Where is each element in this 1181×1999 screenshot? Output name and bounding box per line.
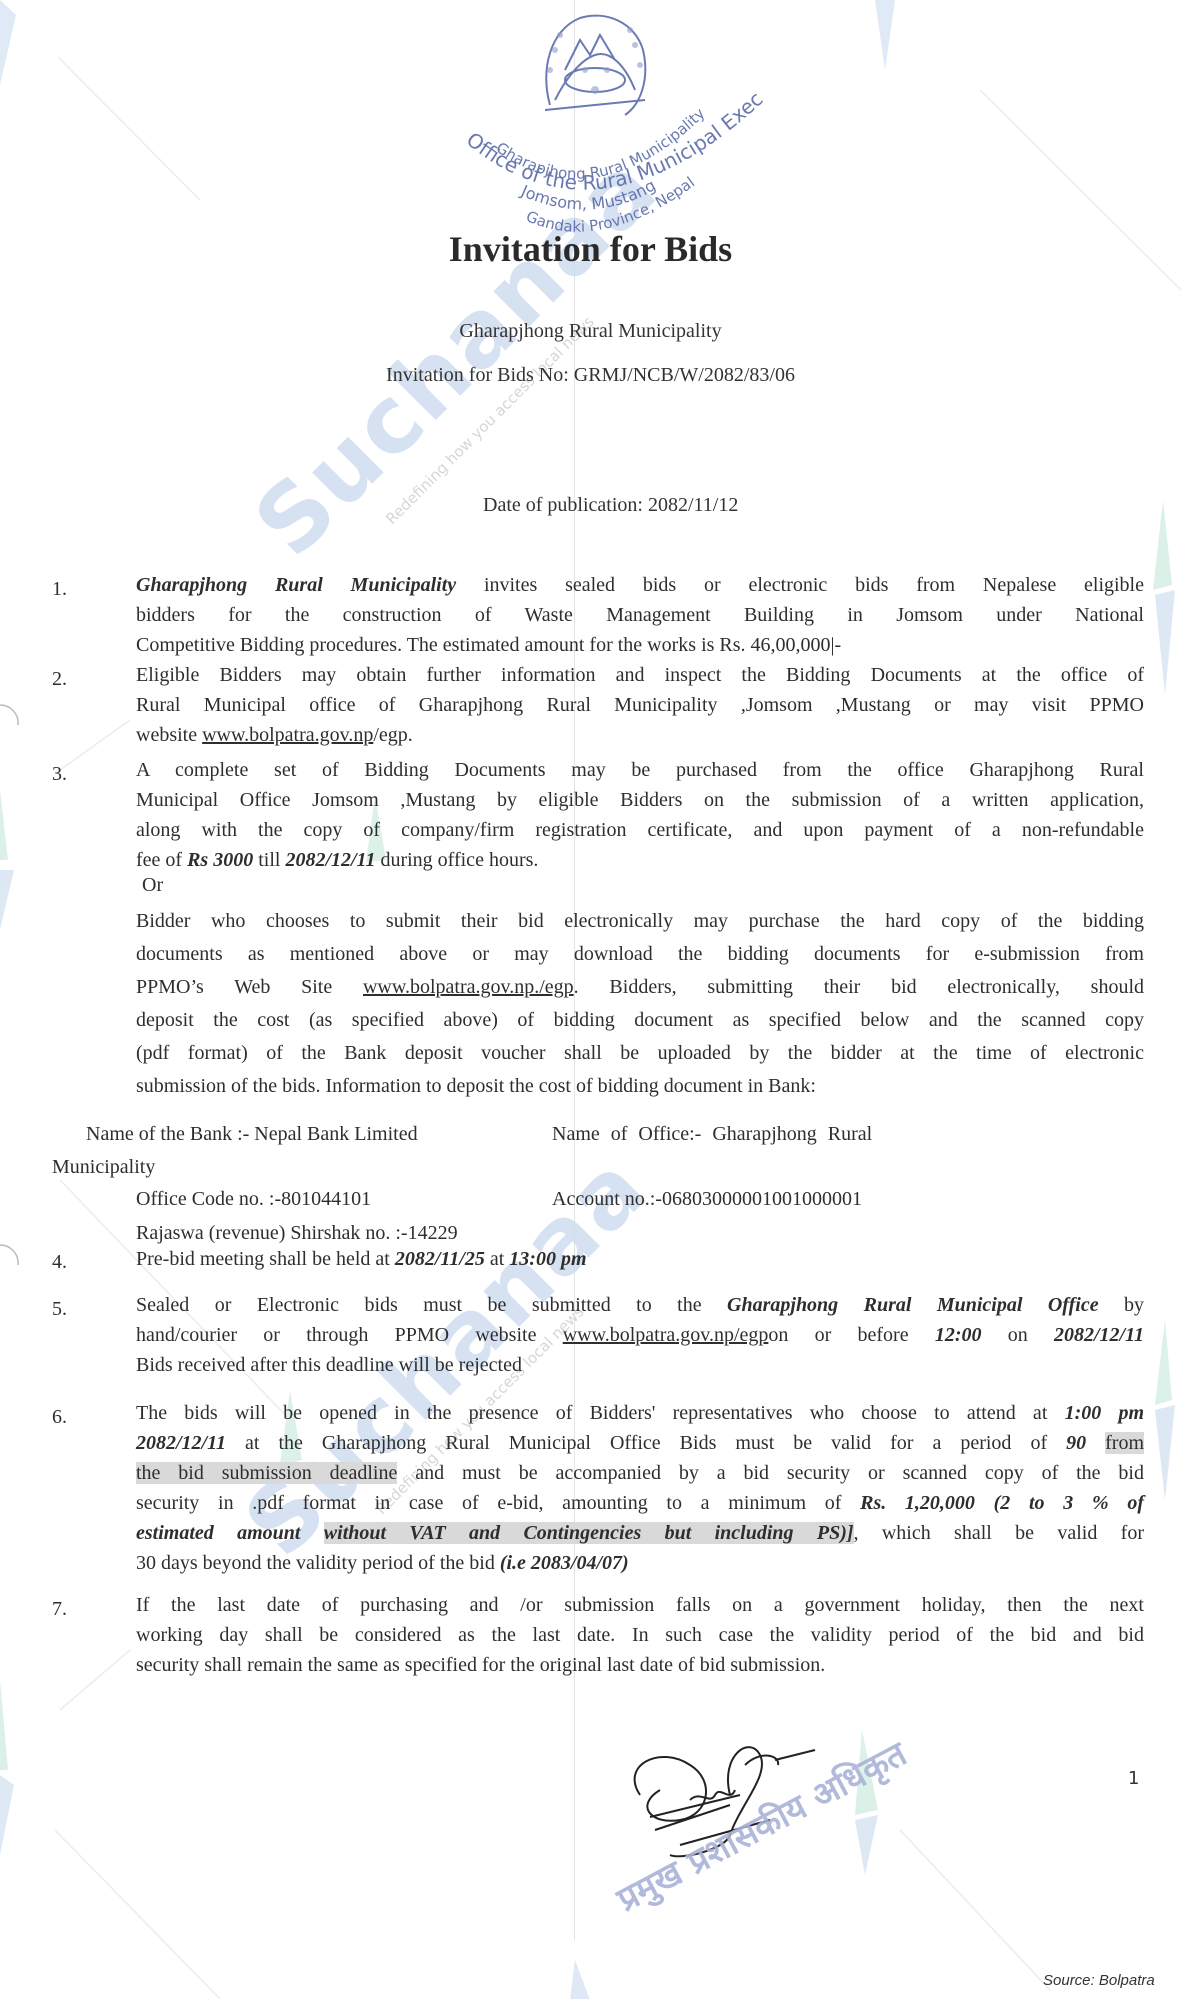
- bank-revenue-head: Rajaswa (revenue) Shirshak no. :-14229: [136, 1222, 458, 1245]
- clause-line: Eligible Bidders may obtain further info…: [136, 660, 1144, 690]
- clause-body: A complete set of Bidding Documents may …: [136, 755, 1144, 875]
- document-title: Invitation for Bids: [0, 228, 1181, 270]
- clause-number: 3.: [52, 759, 67, 789]
- clause-text: submission of the bids. Information to d…: [136, 1075, 816, 1097]
- clause-text: Bidder who chooses to submit their bid e…: [136, 910, 1144, 932]
- clause-line: Municipal Office Jomsom ,Mustang by elig…: [136, 785, 1144, 815]
- clause-line: Bidder who chooses to submit their bid e…: [136, 905, 1144, 938]
- clause-text: by: [1099, 1294, 1144, 1316]
- clause-line: A complete set of Bidding Documents may …: [136, 755, 1144, 785]
- clause-text: Pre-bid meeting shall be held at: [136, 1248, 395, 1270]
- clause-line: If the last date of purchasing and /or s…: [136, 1590, 1144, 1620]
- clause-line: Pre-bid meeting shall be held at 2082/11…: [136, 1243, 1144, 1275]
- clause-text: estimated amount: [136, 1522, 324, 1544]
- clause-body: If the last date of purchasing and /or s…: [136, 1590, 1144, 1680]
- bank-name: Name of the Bank :- Nepal Bank Limited: [86, 1123, 418, 1146]
- clause-text: security shall remain the same as specif…: [136, 1654, 825, 1676]
- clause-line: estimated amount without VAT and Conting…: [136, 1518, 1144, 1548]
- clause-text: website: [136, 724, 202, 746]
- clause-text: 12:00: [935, 1324, 982, 1346]
- clause-body: The bids will be opened in the presence …: [136, 1398, 1144, 1578]
- clause-text: 2082/12/11: [1054, 1324, 1144, 1346]
- clause-text: 30 days beyond the validity period of th…: [136, 1552, 500, 1574]
- clause-text: Municipal Office Jomsom ,Mustang by elig…: [136, 789, 1144, 811]
- clause-text: at the Gharapjhong Rural Municipal Offic…: [226, 1432, 1066, 1454]
- clause-text: along with the copy of company/firm regi…: [136, 819, 1144, 841]
- clause-line: PPMO’s Web Site www.bolpatra.gov.np./egp…: [136, 971, 1144, 1004]
- clause-line: 30 days beyond the validity period of th…: [136, 1548, 1144, 1578]
- clause-text: invites sealed bids or electronic bids f…: [456, 574, 1144, 596]
- website-link[interactable]: www.bolpatra.gov.np./egp: [363, 976, 574, 998]
- clause-text: PPMO’s Web Site: [136, 976, 363, 998]
- clause-text: Gharapjhong Rural Municipal Office: [727, 1294, 1099, 1316]
- clause-line: Rural Municipal office of Gharapjhong Ru…: [136, 690, 1144, 720]
- clause-text: 1:00 pm: [1065, 1402, 1144, 1424]
- publication-date: Date of publication: 2082/11/12: [483, 494, 738, 517]
- clause-number: 6.: [52, 1402, 67, 1432]
- ifb-number: Invitation for Bids No: GRMJ/NCB/W/2082/…: [0, 364, 1181, 387]
- clause-line: hand/courier or through PPMO website www…: [136, 1320, 1144, 1350]
- clause-line: Competitive Bidding procedures. The esti…: [136, 630, 1144, 660]
- bank-account-number: Account no.:-06803000001001000001: [552, 1188, 862, 1211]
- bid-notice-page: Suchanaa Redefining how you access local…: [0, 0, 1181, 1999]
- clause-line: documents as mentioned above or may down…: [136, 938, 1144, 971]
- clause-line: security in .pdf format in case of e-bid…: [136, 1488, 1144, 1518]
- clause-body: Bidder who chooses to submit their bid e…: [136, 905, 1144, 1103]
- clause-text: /egp.: [373, 724, 412, 746]
- clause-text: 13:00 pm: [509, 1248, 586, 1270]
- clause-text: Competitive Bidding procedures. The esti…: [136, 634, 841, 656]
- clause-line: bidders for the construction of Waste Ma…: [136, 600, 1144, 630]
- clause-body: Gharapjhong Rural Municipality invites s…: [136, 570, 1144, 660]
- page-number: 1: [1128, 1768, 1139, 1789]
- clause-text: security in .pdf format in case of e-bid…: [136, 1492, 860, 1514]
- clause-text: at: [485, 1248, 509, 1270]
- clause-text: Bids received after this deadline will b…: [136, 1354, 522, 1376]
- or-separator: Or: [142, 870, 1150, 900]
- clause-text: Rs 3000: [187, 849, 253, 871]
- bank-office-name-cont: Municipality: [52, 1156, 155, 1179]
- clause-line: submission of the bids. Information to d…: [136, 1070, 1144, 1103]
- clause-text: Rs. 1,20,000 (2 to 3 % of: [860, 1492, 1144, 1514]
- clause-text: deposit the cost (as specified above) of…: [136, 1009, 1144, 1031]
- clause-text: Sealed or Electronic bids must be submit…: [136, 1294, 727, 1316]
- clause-line: working day shall be considered as the l…: [136, 1620, 1144, 1650]
- clause-text: the bid submission deadline: [136, 1462, 397, 1484]
- clause-line: (pdf format) of the Bank deposit voucher…: [136, 1037, 1144, 1070]
- clause-text: (pdf format) of the Bank deposit voucher…: [136, 1042, 1144, 1064]
- clause-text: 2082/12/11: [285, 849, 375, 871]
- clause-text: If the last date of purchasing and /or s…: [136, 1594, 1144, 1616]
- svg-text:Office of the Rural Municipal: Office of the Rural Municipal Executive: [450, 80, 768, 195]
- clause-number: 2.: [52, 664, 67, 694]
- clause-line: The bids will be opened in the presence …: [136, 1398, 1144, 1428]
- clause-text: fee of: [136, 849, 187, 871]
- clause-text: bidders for the construction of Waste Ma…: [136, 604, 1144, 626]
- clause-body: Eligible Bidders may obtain further info…: [136, 660, 1144, 750]
- clause-number: 1.: [52, 574, 67, 604]
- clause-text: 2082/12/11: [136, 1432, 226, 1454]
- clause-text: (i.e 2083/04/07): [500, 1552, 629, 1574]
- clause-text: on: [982, 1324, 1054, 1346]
- clause-line: Bids received after this deadline will b…: [136, 1350, 1144, 1380]
- clause-text: [1086, 1432, 1105, 1454]
- clause-text: Gharapjhong Rural Municipality: [136, 574, 456, 596]
- clause-text: till: [253, 849, 285, 871]
- clause-text: 90: [1066, 1432, 1086, 1454]
- clause-line: deposit the cost (as specified above) of…: [136, 1004, 1144, 1037]
- clause-text: hand/courier or through PPMO website: [136, 1324, 563, 1346]
- clause-number: 5.: [52, 1294, 67, 1324]
- website-link[interactable]: www.bolpatra.gov.np/egp: [563, 1324, 769, 1346]
- clause-text: documents as mentioned above or may down…: [136, 943, 1144, 965]
- clause-line: along with the copy of company/firm regi…: [136, 815, 1144, 845]
- website-link[interactable]: www.bolpatra.gov.np: [202, 724, 373, 746]
- clause-line: Sealed or Electronic bids must be submit…: [136, 1290, 1144, 1320]
- municipality-name: Gharapjhong Rural Municipality: [0, 320, 1181, 343]
- clause-text: without VAT and Contingencies but includ…: [324, 1522, 854, 1544]
- bank-office-name: Name of Office:- Gharapjhong Rural: [552, 1123, 872, 1146]
- clause-text: 2082/11/25: [395, 1248, 485, 1270]
- clause-number: 4.: [52, 1247, 67, 1277]
- clause-text: Rural Municipal office of Gharapjhong Ru…: [136, 694, 1144, 716]
- clause-text: during office hours.: [375, 849, 538, 871]
- clause-text: Eligible Bidders may obtain further info…: [136, 664, 1144, 686]
- source-caption: Source: Bolpatra: [1043, 1972, 1155, 1989]
- clause-text: A complete set of Bidding Documents may …: [136, 759, 1144, 781]
- bank-office-code: Office Code no. :-801044101: [136, 1188, 371, 1211]
- clause-number: 7.: [52, 1594, 67, 1624]
- clause-line: 2082/12/11 at the Gharapjhong Rural Muni…: [136, 1428, 1144, 1458]
- clause-line: security shall remain the same as specif…: [136, 1650, 1144, 1680]
- clause-line: Gharapjhong Rural Municipality invites s…: [136, 570, 1144, 600]
- clause-text: and must be accompanied by a bid securit…: [397, 1462, 1144, 1484]
- stamp-line-2: Office of the Rural Municipal Executive: [450, 80, 768, 195]
- clause-line: website www.bolpatra.gov.np/egp.: [136, 720, 1144, 750]
- clause-text: . Bidders, submitting their bid electron…: [574, 976, 1144, 998]
- clause-body: Sealed or Electronic bids must be submit…: [136, 1290, 1144, 1380]
- clause-text: , which shall be valid for: [854, 1522, 1145, 1544]
- clause-text: on or before: [768, 1324, 934, 1346]
- clause-body: Pre-bid meeting shall be held at 2082/11…: [136, 1243, 1144, 1275]
- clause-line: the bid submission deadline and must be …: [136, 1458, 1144, 1488]
- clause-text: The bids will be opened in the presence …: [136, 1402, 1065, 1424]
- clause-text: working day shall be considered as the l…: [136, 1624, 1144, 1646]
- clause-text: from: [1105, 1432, 1144, 1454]
